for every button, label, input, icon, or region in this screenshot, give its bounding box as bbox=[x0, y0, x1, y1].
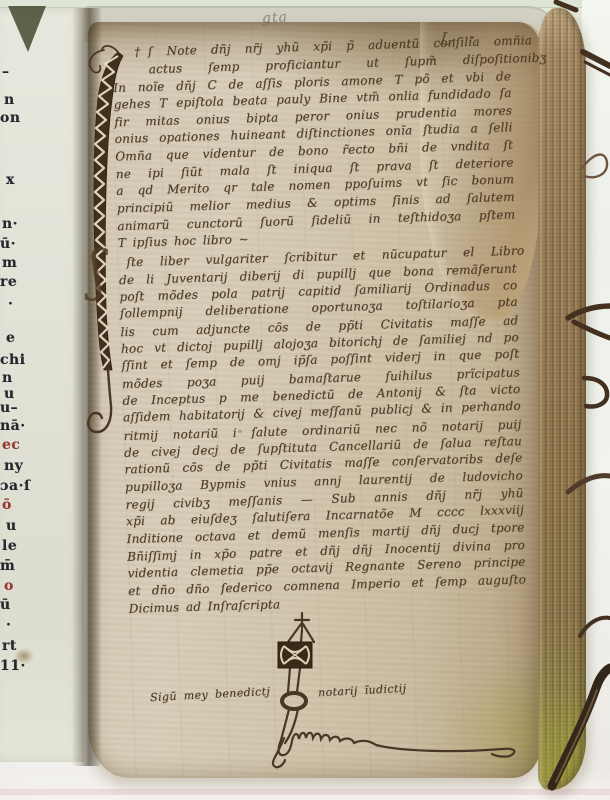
page-fragment: ō bbox=[2, 497, 12, 513]
fore-edge bbox=[538, 8, 586, 790]
page-fragment: ny bbox=[4, 458, 23, 474]
table-right-margin bbox=[582, 0, 610, 800]
page-fragment: u bbox=[6, 518, 17, 534]
page-fragment: e bbox=[6, 330, 15, 346]
sign-ring bbox=[282, 693, 306, 709]
sign-flourish bbox=[279, 733, 515, 757]
page-fragment: re bbox=[0, 274, 17, 290]
page-fragment: – bbox=[2, 64, 10, 80]
header-mark: gta bbox=[261, 9, 288, 27]
page-fragment: nā· bbox=[0, 418, 26, 434]
page-fragment: ū· bbox=[0, 236, 16, 252]
text-block: †ſ Note dñj nr̃j yhũ xp̃i p̃ aduentũ con… bbox=[112, 34, 527, 618]
page-fragment: u– bbox=[0, 400, 18, 416]
page-fragment: chi bbox=[0, 352, 26, 368]
sign-cross bbox=[295, 613, 309, 628]
page-fragment: o bbox=[4, 578, 14, 594]
page-fragment: n bbox=[2, 370, 13, 386]
manuscript-photo: –nonxn·ū·mre·echinuu–nā·ecnyɔa·ſōulem̄oū… bbox=[0, 0, 610, 800]
page-fragment: ū bbox=[0, 597, 11, 613]
page-fragment: m bbox=[2, 255, 17, 271]
page-fragment: m̄ bbox=[0, 558, 15, 574]
page-fragment: n bbox=[4, 92, 15, 108]
page-fragment: ec bbox=[2, 437, 20, 453]
sign-shaft bbox=[288, 668, 300, 692]
paragraph-2: ſte liber vulgariter ſcribitur et nũcupa… bbox=[118, 244, 527, 619]
paragraph-1: †ſ Note dñj nr̃j yhũ xp̃i p̃ aduentũ con… bbox=[112, 34, 516, 253]
page-fragment: le bbox=[2, 538, 17, 554]
stain-blob bbox=[14, 648, 34, 664]
page-fragment: n· bbox=[2, 216, 18, 232]
page-fragment: ɔa·ſ bbox=[0, 478, 31, 494]
paragraph-mark: ʃ bbox=[90, 240, 105, 302]
page-fragment: x bbox=[6, 172, 15, 188]
initial-tail bbox=[88, 370, 111, 432]
page-fragment: · bbox=[6, 617, 11, 633]
page-fragment: on bbox=[0, 110, 21, 126]
page-fragment: · bbox=[8, 296, 13, 312]
table-pink-reflection bbox=[0, 789, 610, 795]
